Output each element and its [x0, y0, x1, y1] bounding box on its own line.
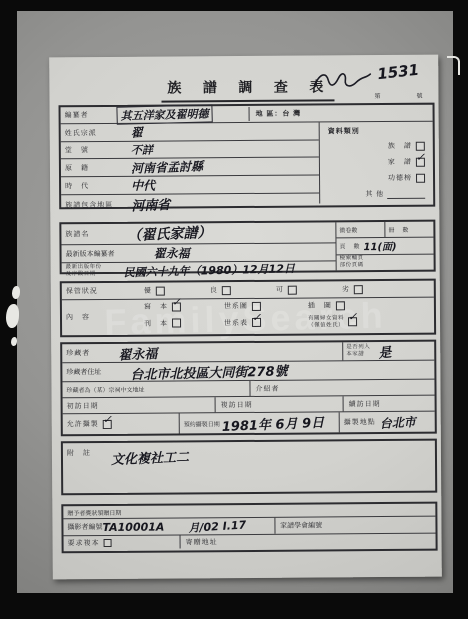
content-option-manuscript: 寫 本 ✓ [144, 301, 224, 312]
page-count-handwritten: 11(面) [363, 238, 396, 253]
compiler-value-handwritten: 其五洋家及翟明德 [116, 104, 212, 124]
checkmark: ✓ [172, 295, 181, 308]
condition-label: 保管狀況 [62, 286, 144, 297]
era-label: 時 代 [61, 180, 131, 190]
form-title: 族 譜 調 查 表 [161, 76, 334, 102]
film-date-label: 預約攝製日期 [184, 419, 220, 428]
publish-year-row: 最新出版年份 及序跋日期 民國六十九年（1980）12月12日 [62, 261, 336, 279]
checkmark: ✓ [103, 412, 112, 425]
checkbox-printed [172, 319, 181, 328]
film-location-handwritten: 台北市 [379, 412, 416, 431]
category-option-label: 功德榜 [388, 173, 412, 183]
option-label: 世系表 [224, 318, 248, 328]
keeper-row: 珍藏者 翟永福 是否列入 本家譜 是 [62, 342, 434, 364]
hall-row: 堂 號 不詳 [61, 140, 319, 159]
copy-request-row: 要求複本 寄贈地址 [64, 534, 436, 550]
film-location-cell: 攝製地點 台北市 [339, 412, 435, 433]
category-title: 資料類別 [328, 126, 425, 137]
option-label: 世系圖 [224, 301, 248, 311]
film-location-label: 攝製地點 [344, 417, 376, 427]
compiler-label: 編纂者 [61, 110, 117, 120]
reel-count-label: 微卷數 [336, 225, 384, 234]
category-option-label: 族 譜 [388, 141, 412, 151]
second-visit-label: 複訪日期 [215, 396, 343, 412]
index-label-line1: 檢索輔頁 [340, 256, 364, 262]
content-option-table: 世系表 ✓ [224, 316, 308, 330]
counts-row: 微卷數 冊 數 [336, 222, 433, 239]
checkmark: ✓ [348, 311, 357, 324]
option-label: 插 圖 [308, 301, 332, 311]
org-address-label: 珍藏者為（某）宗祠中文地址 [62, 384, 249, 394]
permit-label: 允許攝製 [67, 419, 99, 429]
serial-label: 第 號 [374, 91, 422, 100]
content-row: 內 容 寫 本 ✓ 世系圖 插 圖 [62, 298, 434, 334]
option-label: 可 [276, 285, 284, 295]
copy-request-label: 要求複本 [68, 538, 100, 548]
checkmark: ✓ [252, 311, 261, 324]
address-row: 珍藏者住址 台北市北投區大同街278號 [62, 361, 434, 383]
included-label: 是否列入 本家譜 [343, 344, 370, 358]
checkbox-permit: ✓ [103, 419, 112, 428]
category-option-other: 其 他 [328, 189, 425, 200]
category-option-gongdebang: 功德榜 [328, 173, 425, 184]
first-visit-label: 初訪日期 [63, 400, 215, 411]
publish-year-label-line2: 及序跋日期 [66, 271, 96, 277]
region-label: 地 區：台 灣 [249, 106, 433, 121]
scanned-photo: FamilySearch 族 譜 調 查 表 1531 第 號 編纂者 其五洋家… [0, 0, 468, 619]
genealogy-title-row: 族譜名 （翟氏家譜） [61, 222, 335, 245]
checkbox-copy-request [104, 538, 112, 546]
women-data-label-line2: （僅值姓氏） [308, 322, 344, 328]
category-option-label: 家 譜 [388, 157, 412, 167]
content-label: 內 容 [62, 300, 144, 334]
keeper-value-handwritten: 翟永福 [118, 342, 158, 363]
checkbox-manuscript: ✓ [172, 302, 181, 311]
genealogy-title-handwritten: （翟氏家譜） [127, 222, 212, 246]
keeper-box: 珍藏者 翟永福 是否列入 本家譜 是 珍藏者住址 台北市北投區大同街278號 珍… [60, 340, 437, 437]
address-value-handwritten: 台北市北投區大同街278號 [130, 360, 288, 383]
option-label: 良 [210, 285, 218, 295]
category-option-zupu: 族 譜 [328, 141, 425, 152]
condition-option-excellent: 優 [144, 285, 210, 295]
followup-visit-label: 續訪日期 [343, 396, 435, 412]
content-line1: 寫 本 ✓ 世系圖 插 圖 [144, 300, 434, 312]
photographer-label: 攝影者編號 [63, 522, 102, 532]
latest-compiler-label: 最新版本編纂者 [62, 248, 154, 259]
content-option-chart: 世系圖 [224, 301, 308, 312]
identity-box: 編纂者 其五洋家及翟明德 地 區：台 灣 姓氏宗派 翟 堂 號 不詳 原 籍 [59, 103, 436, 210]
option-label: 寫 本 [144, 302, 168, 312]
clan-row: 姓氏宗派 翟 [61, 122, 319, 142]
option-label: 刊 本 [144, 318, 168, 328]
photographer-note-handwritten: 月/02 I.17 [188, 517, 247, 536]
condition-option-good: 良 [210, 285, 276, 295]
index-pages-label: 檢索輔頁 部份頁碼 [337, 256, 364, 270]
origin-row: 原 籍 河南省孟討縣 [61, 157, 319, 177]
content-line2: 刊 本 世系表 ✓ 有關婦女資料 （僅值姓氏） ✓ [144, 315, 434, 331]
category-other-label: 其 他 [365, 189, 384, 199]
serial-prefix: 第 [374, 91, 380, 100]
other-blank-line [387, 189, 425, 198]
film-corner-mark [447, 56, 460, 75]
checkbox-zupu [416, 141, 425, 150]
remarks-box: 附 註 文化複社工二 [61, 439, 437, 496]
publish-year-handwritten: 民國六十九年（1980）12月12日 [124, 260, 296, 280]
identity-left-column: 姓氏宗派 翟 堂 號 不詳 原 籍 河南省孟討縣 時 代 中代 [61, 122, 320, 205]
checkbox-chart [252, 302, 261, 311]
origin-label: 原 籍 [61, 162, 131, 172]
content-option-printed: 刊 本 [144, 316, 224, 330]
checkbox-table: ✓ [252, 318, 261, 327]
content-option-women: 有關婦女資料 （僅值姓氏） ✓ [308, 315, 357, 329]
index-pages-row: 檢索輔頁 部份頁碼 [337, 254, 434, 270]
women-data-label: 有關婦女資料 （僅值姓氏） [308, 315, 344, 329]
index-label-line2: 部份頁碼 [340, 262, 364, 268]
condition-option-poor: 劣 [342, 284, 363, 294]
filming-row: 允許攝製 ✓ 預約攝製日期 1981年 6月 9日 攝製地點 台北市 [63, 412, 435, 435]
volume-count-label: 冊 數 [384, 222, 433, 238]
edition-right-column: 微卷數 冊 數 頁 數 11(面) 檢索輔頁 部份頁碼 [335, 222, 433, 271]
checkbox-fair [288, 285, 297, 294]
introducer-label: 介紹者 [249, 380, 434, 396]
included-cell: 是否列入 本家譜 是 [342, 342, 434, 361]
era-row: 時 代 中代 [61, 175, 319, 195]
keeper-label: 珍藏者 [62, 348, 118, 358]
category-option-jiapu: 家 譜 ✓ [328, 157, 425, 168]
donor-date-label: 贈予者獎狀領贈日期 [63, 507, 121, 516]
included-label-line2: 本家譜 [346, 351, 364, 357]
remarks-label: 附 註 [63, 448, 111, 458]
edition-left-column: 族譜名 （翟氏家譜） 最新版本編纂者 翟永福 最新出版年份 及序跋日期 民國六十… [61, 222, 335, 272]
checkbox-poor [354, 285, 363, 294]
clan-label: 姓氏宗派 [61, 127, 131, 137]
page-count-label: 頁 數 [336, 242, 360, 251]
copy-request-cell: 要求複本 [64, 537, 180, 548]
checkbox-gongdebang [416, 173, 425, 182]
checkbox-good [222, 286, 231, 295]
film-date-handwritten: 1981年 6月 9日 [221, 411, 324, 434]
option-label: 劣 [342, 284, 350, 294]
option-label: 優 [144, 286, 152, 296]
checkbox-jiapu: ✓ [416, 157, 425, 166]
send-address-label: 寄贈地址 [180, 534, 436, 549]
permit-cell: 允許攝製 ✓ [63, 418, 179, 429]
publish-year-label-line1: 最新出版年份 [66, 264, 102, 270]
coverage-row: 族譜包含地區 河南省 [61, 193, 319, 214]
film-date-cell: 預約攝製日期 1981年 6月 9日 [179, 412, 339, 433]
edition-box: 族譜名 （翟氏家譜） 最新版本編纂者 翟永福 最新出版年份 及序跋日期 民國六十… [59, 220, 435, 275]
genealogy-title-label: 族譜名 [61, 229, 127, 239]
included-label-line1: 是否列入 [346, 344, 370, 350]
page-count-row: 頁 數 11(面) [336, 238, 433, 255]
latest-compiler-handwritten: 翟永福 [153, 244, 189, 261]
content-option-illustration: 插 圖 [308, 301, 345, 311]
publish-year-label: 最新出版年份 及序跋日期 [62, 264, 124, 278]
hall-label: 堂 號 [61, 145, 131, 155]
serial-suffix: 號 [416, 91, 422, 100]
era-value-handwritten: 中代 [131, 177, 155, 194]
address-label: 珍藏者住址 [62, 367, 130, 377]
coverage-value-handwritten: 河南省 [131, 194, 171, 215]
checkbox-illustration [336, 301, 345, 310]
checkbox-women: ✓ [348, 318, 357, 327]
condition-content-box: 保管狀況 優 良 可 劣 內 容 [60, 279, 436, 338]
checkmark: ✓ [416, 150, 425, 163]
origin-value-handwritten: 河南省孟討縣 [131, 157, 204, 176]
admin-box: 贈予者獎狀領贈日期 攝影者編號 TA10001A 月/02 I.17 家譜學會編… [61, 502, 437, 554]
hall-value-handwritten: 不詳 [131, 142, 153, 158]
included-value-handwritten: 是 [377, 341, 392, 361]
checkbox-excellent [156, 286, 165, 295]
condition-option-fair: 可 [276, 284, 342, 294]
form-page: FamilySearch 族 譜 調 查 表 1531 第 號 編纂者 其五洋家… [49, 55, 442, 580]
handwritten-scribble [311, 65, 373, 98]
clan-value-handwritten: 翟 [130, 124, 143, 141]
remarks-value-handwritten: 文化複社工二 [111, 446, 190, 468]
women-data-label-line1: 有關婦女資料 [308, 315, 344, 321]
category-panel: 資料類別 族 譜 家 譜 ✓ 功德榜 其 他 [319, 122, 434, 204]
photographer-id-handwritten: TA10001A [102, 520, 164, 533]
serial-number-handwritten: 1531 [376, 61, 419, 84]
society-number-label: 家譜學會編號 [274, 517, 435, 534]
coverage-label: 族譜包含地區 [61, 199, 131, 209]
